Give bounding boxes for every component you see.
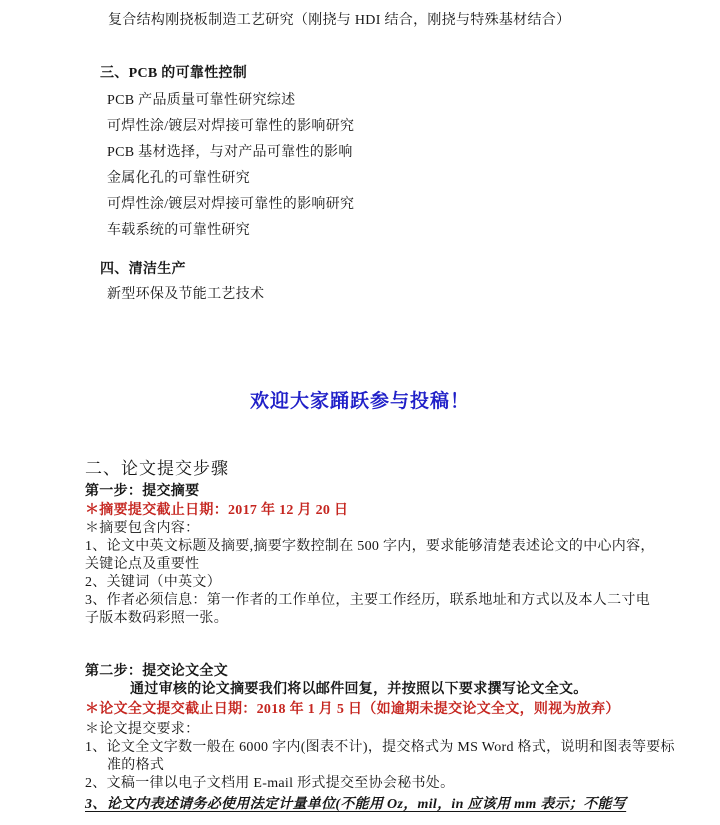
- step1-item: 1、论文中英文标题及摘要,摘要字数控制在 500 字内，要求能够清楚表述论文的中…: [85, 538, 663, 574]
- section3-item: 可焊性涂/镀层对焊接可靠性的影响研究: [107, 118, 354, 135]
- step1-item: 2、关键词（中英文）: [85, 574, 221, 591]
- step2-item-emphasized: 3、论文内表述请务必使用法定计量单位(不能用 Oz，mil，in 应该用 mm …: [85, 796, 626, 813]
- welcome-banner: 欢迎大家踊跃参与投稿！: [0, 386, 720, 413]
- section3-item: 车载系统的可靠性研究: [107, 222, 250, 239]
- step2-title: 第二步：提交论文全文: [85, 663, 228, 680]
- section3-item: PCB 基材选择，与对产品可靠性的影响: [107, 144, 353, 161]
- section3-heading: 三、PCB 的可靠性控制: [100, 65, 247, 82]
- section4-heading: 四、清洁生产: [100, 261, 186, 278]
- step2-deadline: ＊论文全文提交截止日期：2018 年 1 月 5 日（如逾期未提交论文全文，则视…: [85, 701, 620, 718]
- submission-heading: 二、论文提交步骤: [85, 460, 229, 477]
- topic-intro-line: 复合结构刚挠板制造工艺研究（刚挠与 HDI 结合，刚挠与特殊基材结合）: [108, 12, 570, 29]
- document-page: 复合结构刚挠板制造工艺研究（刚挠与 HDI 结合，刚挠与特殊基材结合） 三、PC…: [0, 0, 720, 825]
- step2-item: 1、论文全文字数一般在 6000 字内(图表不计)，提交格式为 MS Word …: [85, 739, 685, 775]
- section3-item: 金属化孔的可靠性研究: [107, 170, 250, 187]
- section3-item: 可焊性涂/镀层对焊接可靠性的影响研究: [107, 196, 354, 213]
- step1-title: 第一步：提交摘要: [85, 483, 199, 500]
- step2-item: 2、文稿一律以电子文档用 E-mail 形式提交至协会秘书处。: [85, 775, 454, 792]
- section4-item: 新型环保及节能工艺技术: [107, 286, 264, 303]
- section3-item: PCB 产品质量可靠性研究综述: [107, 92, 295, 109]
- step1-content-label: ＊摘要包含内容：: [85, 520, 199, 537]
- step2-note: 通过审核的论文摘要我们将以邮件回复，并按照以下要求撰写论文全文。: [130, 681, 588, 698]
- step1-item: 3、作者必须信息：第一作者的工作单位，主要工作经历，联系地址和方式以及本人二寸电…: [85, 592, 663, 628]
- step2-requirements-label: ＊论文提交要求：: [85, 721, 199, 738]
- step1-deadline: ＊摘要提交截止日期：2017 年 12 月 20 日: [85, 502, 348, 519]
